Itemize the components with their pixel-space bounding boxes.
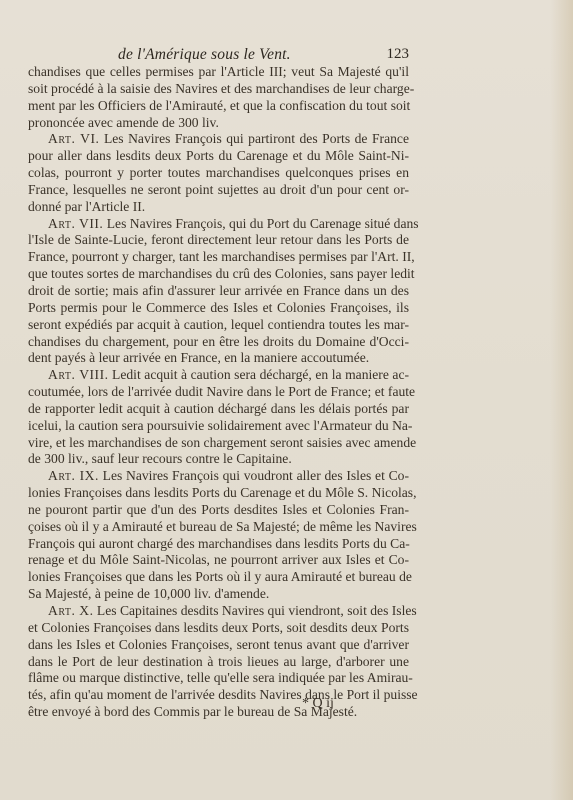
text-line: l'Isle de Sainte-Lucie, feront directeme…: [28, 232, 409, 249]
text-line: seront expédiés par acquit à caution, le…: [28, 317, 409, 334]
text-line: France, lesquelles ne seront point sujet…: [28, 182, 409, 199]
text-line: de rapporter ledit acquit à caution déch…: [28, 401, 409, 418]
article-label: Art. VIII.: [48, 367, 109, 382]
text-line: et Colonies Françoises dans lesdits deux…: [28, 620, 409, 637]
text-line: droit de sortie; mais afin d'assurer leu…: [28, 283, 409, 300]
article-label: Art. X.: [48, 603, 94, 618]
text-line: ment par les Officiers de l'Amirauté, et…: [28, 98, 409, 115]
article-label: Art. IX.: [48, 468, 99, 483]
text-line: colas, pourront y porter toutes marchand…: [28, 165, 409, 182]
article-7-heading-line: Art. VII. Les Navires François, qui du P…: [28, 216, 409, 233]
text-line: ne pouront partir que d'un des Ports des…: [28, 502, 409, 519]
text-line: vire, et les marchandises de son chargem…: [28, 435, 409, 452]
text-line: prononcée avec amende de 300 liv.: [28, 115, 409, 132]
text-line: chandises que celles permises par l'Arti…: [28, 64, 409, 81]
article-label: Art. VII.: [48, 216, 103, 231]
book-page: de l'Amérique sous le Vent. 123 chandise…: [0, 0, 573, 800]
text-line: dans les Isles et Colonies Françoises, s…: [28, 637, 409, 654]
text-line: dent payés à leur arrivée en France, en …: [28, 350, 409, 367]
text-line: France, pourront y charger, tant les mar…: [28, 249, 409, 266]
running-head: de l'Amérique sous le Vent. 123: [28, 46, 409, 66]
text-line: que toutes sortes de marchandises du crû…: [28, 266, 409, 283]
text-line: Sa Majesté, à peine de 10,000 liv. d'ame…: [28, 586, 409, 603]
article-8-heading-line: Art. VIII. Ledit acquit à caution sera d…: [28, 367, 409, 384]
article-6-heading-line: Art. VI. Les Navires François qui partir…: [28, 131, 409, 148]
text-line: donné par l'Article II.: [28, 199, 409, 216]
text-line: François qui auront chargé des marchandi…: [28, 536, 409, 553]
text-line: de 300 liv., sauf leur recours contre le…: [28, 451, 409, 468]
signature-mark: * Q ij: [0, 696, 573, 714]
text-line: icelui, la caution sera poursuivie solid…: [28, 418, 409, 435]
text-line: coutumée, lors de l'arrivée dudit Navire…: [28, 384, 409, 401]
text-line: lonies Françoises dans lesdits Ports du …: [28, 485, 409, 502]
text-line: çoises où il y a Amirauté et bureau de S…: [28, 519, 409, 536]
text-line: soit procédé à la saisie des Navires et …: [28, 81, 409, 98]
text-line: chandises du chargement, pour en être le…: [28, 334, 409, 351]
body-text: chandises que celles permises par l'Arti…: [28, 64, 409, 721]
text-line: pour aller dans lesdits deux Ports du Ca…: [28, 148, 409, 165]
signature-text: * Q ij: [302, 696, 334, 712]
text-line: Ports permis pour le Commerce des Isles …: [28, 300, 409, 317]
text-line: flâme ou marque distinctive, telle qu'el…: [28, 670, 409, 687]
article-10-heading-line: Art. X. Les Capitaines desdits Navires q…: [28, 603, 409, 620]
text-line: renage et du Môle Saint-Nicolas, ne pour…: [28, 552, 409, 569]
article-label: Art. VI.: [48, 131, 99, 146]
text-line: lonies Françoises que dans les Ports où …: [28, 569, 409, 586]
article-9-heading-line: Art. IX. Les Navires François qui voudro…: [28, 468, 409, 485]
text-line: dans le Port de leur destination à trois…: [28, 654, 409, 671]
running-title: de l'Amérique sous le Vent.: [118, 46, 291, 64]
page-number: 123: [387, 46, 410, 63]
